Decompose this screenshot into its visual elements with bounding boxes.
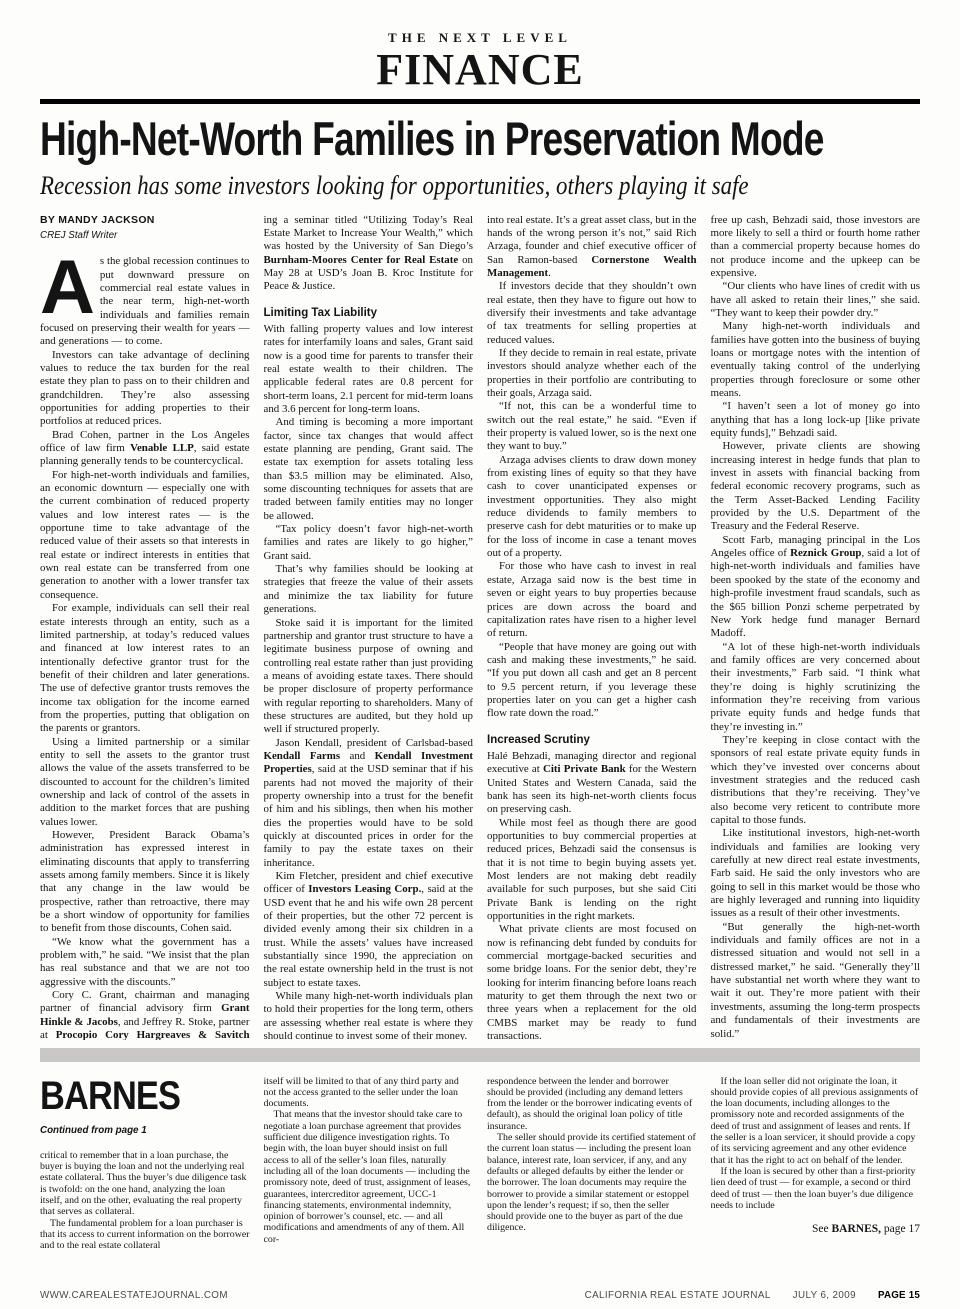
text-run: See (812, 1223, 831, 1235)
text-run: page 17 (881, 1223, 920, 1235)
article-paragraph: Many high-net-worth individuals and fami… (711, 320, 921, 400)
article-paragraph: Arzaga advises clients to draw down mone… (487, 454, 697, 561)
article-paragraph: As the global recession continues to put… (40, 255, 250, 348)
barnes-column-4: If the loan seller did not originate the… (711, 1076, 921, 1278)
bold-run: Investors Leasing Corp. (308, 883, 421, 895)
text-run: What private clients are most focused on… (487, 923, 697, 1039)
text-run: critical to remember that in a loan purc… (40, 1150, 246, 1217)
text-run: For high-net-worth individuals and famil… (40, 469, 250, 601)
text-run: respondence between the lender and borro… (487, 1076, 692, 1132)
masthead-section-title: FINANCE (40, 48, 920, 92)
article-column-1-text: As the global recession continues to put… (40, 255, 250, 1039)
text-run: , said at the USD seminar that if his pa… (264, 763, 474, 868)
article-paragraph: That means that the investor should take… (264, 1109, 474, 1245)
text-run: Many high-net-worth individuals and fami… (711, 320, 921, 399)
article-paragraph: For high-net-worth individuals and famil… (40, 469, 250, 602)
text-run: Limiting Tax Liability (264, 307, 378, 319)
article-paragraph: If the loan is secured by other than a f… (711, 1166, 921, 1211)
article-paragraph: For those who have cash to invest in rea… (487, 560, 697, 640)
text-run: ing a seminar titled “Utilizing Today’s … (264, 214, 474, 253)
text-run: They’re keeping in close contact with th… (711, 734, 921, 826)
article-paragraph: Halé Behzadi, managing director and regi… (487, 750, 697, 817)
article-paragraph: The fundamental problem for a loan purch… (40, 1218, 250, 1252)
text-run: While most feel as though there are good… (487, 817, 697, 922)
text-run: , said at the USD event that he and his … (264, 883, 474, 988)
text-run: free up cash, Behzadi said, those invest… (711, 214, 921, 279)
column-subhead: Limiting Tax Liability (264, 307, 474, 320)
article-headline: High-Net-Worth Families in Preservation … (40, 115, 735, 163)
barnes-title: BARNES (40, 1076, 220, 1116)
text-run: itself will be limited to that of any th… (264, 1076, 459, 1110)
text-run: “I haven’t seen a lot of money go into a… (711, 400, 921, 439)
article-paragraph: Kim Fletcher, president and chief execut… (264, 870, 474, 990)
text-run: , said a lot of high-net-worth individua… (711, 547, 921, 639)
article-paragraph: itself will be limited to that of any th… (264, 1076, 474, 1110)
article-paragraph: However, President Barack Obama’s admini… (40, 829, 250, 936)
text-run: “People that have money are going out wi… (487, 641, 697, 720)
text-run: “Tax policy doesn’t favor high-net-worth… (264, 523, 474, 562)
text-run: For example, individuals can sell their … (40, 602, 250, 734)
text-run: That’s why families should be looking at… (264, 563, 474, 615)
text-run: Stoke said it is important for the limit… (264, 617, 474, 736)
article-paragraph: “We know what the government has a probl… (40, 936, 250, 989)
article-paragraph: They’re keeping in close contact with th… (711, 734, 921, 827)
text-run: “But generally the high-net-worth indivi… (711, 921, 921, 1040)
article-body: BY MANDY JACKSON CREJ Staff Writer As th… (40, 214, 920, 1040)
text-run: Arzaga advises clients to draw down mone… (487, 454, 697, 559)
bold-run: Burnham-Moores Center for Real Estate (264, 254, 459, 266)
text-run: However, private clients are showing inc… (711, 440, 921, 532)
masthead-rule (40, 99, 920, 104)
bold-run: BARNES, (832, 1223, 882, 1235)
article-paragraph: Using a limited partnership or a similar… (40, 736, 250, 829)
text-run: Using a limited partnership or a similar… (40, 736, 250, 828)
text-run: However, President Barack Obama’s admini… (40, 829, 250, 934)
article-paragraph: “A lot of these high-net-worth individua… (711, 641, 921, 734)
text-run: Investors can take advantage of declinin… (40, 349, 250, 428)
text-run: “Our clients who have lines of credit wi… (711, 280, 921, 319)
article-paragraph: However, private clients are showing inc… (711, 440, 921, 533)
article-paragraph: While most feel as though there are good… (487, 817, 697, 924)
article-paragraph: “Tax policy doesn’t favor high-net-worth… (264, 523, 474, 563)
article-paragraph: “But generally the high-net-worth indivi… (711, 921, 921, 1040)
article-paragraph: into real estate. It’s a great asset cla… (487, 214, 697, 281)
article-paragraph: “Our clients who have lines of credit wi… (711, 280, 921, 320)
drop-cap: A (40, 255, 100, 317)
text-run: Jason Kendall, president of Carlsbad-bas… (276, 737, 474, 749)
article-paragraph: If investors decide that they shouldn’t … (487, 280, 697, 347)
jump-line: See BARNES, page 17 (711, 1224, 921, 1235)
article-column-3: into real estate. It’s a great asset cla… (487, 214, 697, 1040)
article-paragraph: The seller should provide its certified … (487, 1132, 697, 1234)
article-paragraph: And timing is becoming a more important … (264, 416, 474, 523)
article-paragraph: Scott Farb, managing principal in the Lo… (711, 534, 921, 641)
text-run: While many high-net-worth individuals pl… (264, 990, 474, 1039)
barnes-column-1: BARNES Continued from page 1 critical to… (40, 1076, 250, 1278)
page-footer: WWW.CAREALESTATEJOURNAL.COM CALIFORNIA R… (40, 1290, 920, 1301)
article-paragraph: Investors can take advantage of declinin… (40, 349, 250, 429)
article-column-4: free up cash, Behzadi said, those invest… (711, 214, 921, 1040)
article-paragraph: critical to remember that in a loan purc… (40, 1150, 250, 1218)
barnes-continued-line: Continued from page 1 (40, 1125, 250, 1136)
section-divider-bar (40, 1048, 920, 1062)
article-paragraph: Cory C. Grant, chairman and managing par… (40, 989, 250, 1039)
text-run: “A lot of these high-net-worth individua… (711, 641, 921, 733)
article-subheadline: Recession has some investors looking for… (40, 172, 814, 201)
text-run: If the loan seller did not originate the… (711, 1076, 919, 1166)
text-run: With falling property values and low int… (264, 323, 474, 415)
byline-block: BY MANDY JACKSON CREJ Staff Writer (40, 214, 250, 243)
article-paragraph: If the loan seller did not originate the… (711, 1076, 921, 1166)
barnes-column-1-text: critical to remember that in a loan purc… (40, 1150, 250, 1252)
text-run: Like institutional investors, high-net-w… (711, 827, 921, 919)
article-column-1: BY MANDY JACKSON CREJ Staff Writer As th… (40, 214, 250, 1040)
byline: BY MANDY JACKSON (40, 214, 250, 227)
article-paragraph: “People that have money are going out wi… (487, 641, 697, 721)
text-run: For those who have cash to invest in rea… (487, 560, 697, 639)
text-run: That means that the investor should take… (264, 1109, 471, 1244)
article-paragraph: “If not, this can be a wonderful time to… (487, 400, 697, 453)
newspaper-page: THE NEXT LEVEL FINANCE High-Net-Worth Fa… (0, 0, 960, 1309)
article-paragraph: Jason Kendall, president of Carlsbad-bas… (264, 737, 474, 870)
bold-run: Kendall Farms (264, 750, 341, 762)
text-run: . (548, 267, 551, 279)
column-subhead: Increased Scrutiny (487, 734, 697, 747)
barnes-continuation-article: BARNES Continued from page 1 critical to… (40, 1076, 920, 1278)
text-run: The fundamental problem for a loan purch… (40, 1218, 250, 1252)
footer-publication: CALIFORNIA REAL ESTATE JOURNAL (585, 1290, 771, 1301)
article-paragraph: That’s why families should be looking at… (264, 563, 474, 616)
text-run: Cory C. Grant, chairman and managing par… (40, 989, 250, 1014)
article-paragraph: What private clients are most focused on… (487, 923, 697, 1039)
article-paragraph: “I haven’t seen a lot of money go into a… (711, 400, 921, 440)
article-paragraph: free up cash, Behzadi said, those invest… (711, 214, 921, 281)
article-paragraph: With falling property values and low int… (264, 323, 474, 416)
footer-page-number: PAGE 15 (878, 1290, 920, 1301)
article-paragraph: Stoke said it is important for the limit… (264, 617, 474, 737)
masthead-kicker: THE NEXT LEVEL (40, 30, 920, 46)
footer-website: WWW.CAREALESTATEJOURNAL.COM (40, 1290, 228, 1301)
bold-run: Citi Private Bank (543, 763, 626, 775)
text-run: “We know what the government has a probl… (40, 936, 250, 988)
text-run: If investors decide that they shouldn’t … (487, 280, 697, 345)
article-paragraph: While many high-net-worth individuals pl… (264, 990, 474, 1039)
text-run: If the loan is secured by other than a f… (711, 1166, 916, 1211)
article-paragraph: Like institutional investors, high-net-w… (711, 827, 921, 920)
article-paragraph: respondence between the lender and borro… (487, 1076, 697, 1132)
bold-run: Venable LLP (130, 442, 194, 454)
text-run: And timing is becoming a more important … (264, 416, 474, 521)
footer-date: JULY 6, 2009 (793, 1290, 856, 1301)
byline-title: CREJ Staff Writer (40, 229, 250, 242)
text-run: If they decide to remain in real estate,… (487, 347, 697, 399)
article-paragraph: ing a seminar titled “Utilizing Today’s … (264, 214, 474, 294)
text-run: The seller should provide its certified … (487, 1132, 696, 1233)
bold-run: Reznick Group (790, 547, 861, 559)
text-run: and (340, 750, 375, 762)
article-column-2: ing a seminar titled “Utilizing Today’s … (264, 214, 474, 1040)
footer-right-group: CALIFORNIA REAL ESTATE JOURNAL JULY 6, 2… (585, 1290, 920, 1301)
text-run: Increased Scrutiny (487, 734, 590, 746)
barnes-column-3: respondence between the lender and borro… (487, 1076, 697, 1278)
barnes-column-2: itself will be limited to that of any th… (264, 1076, 474, 1278)
text-run: “If not, this can be a wonderful time to… (487, 400, 697, 452)
masthead: THE NEXT LEVEL FINANCE (40, 0, 920, 92)
article-paragraph: For example, individuals can sell their … (40, 602, 250, 735)
bold-run: Procopio Cory Hargreaves & Savitch LLP (40, 1029, 250, 1039)
article-paragraph: Brad Cohen, partner in the Los Angeles o… (40, 429, 250, 469)
article-paragraph: If they decide to remain in real estate,… (487, 347, 697, 400)
